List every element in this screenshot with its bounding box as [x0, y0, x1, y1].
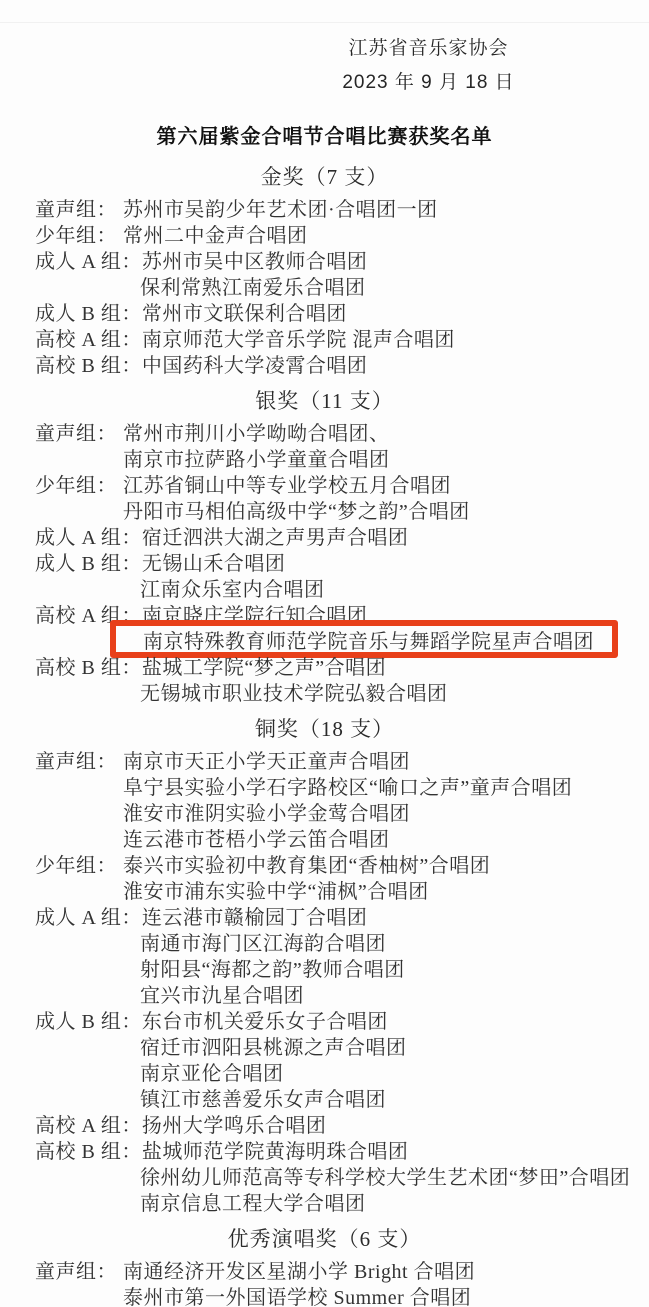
award-row: 少年组：常州二中金声合唱团 [0, 220, 649, 246]
group-label: 高校 A 组： [35, 1109, 142, 1138]
award-row: 童声组：苏州市吴韵少年艺术团·合唱团一团 [0, 194, 649, 220]
group-label: 成人 B 组： [35, 547, 142, 576]
award-row: 成人 A 组：宿迁泗洪大湖之声男声合唱团 [0, 522, 649, 548]
award-row: 成人 B 组：无锡山禾合唱团 [0, 548, 649, 574]
group-label: 成人 A 组： [35, 245, 142, 274]
award-row: 丹阳市马相伯高级中学“梦之韵”合唱团 [0, 496, 649, 522]
team-name: 丹阳市马相伯高级中学“梦之韵”合唱团 [123, 495, 470, 524]
document-page: 江苏省音乐家协会 2023 年 9 月 18 日 第六届紫金合唱节合唱比赛获奖名… [0, 0, 649, 1307]
award-row: 高校 B 组：盐城工学院“梦之声”合唱团 [0, 652, 649, 678]
team-name: 无锡山禾合唱团 [142, 547, 286, 576]
signature-block: 江苏省音乐家协会 2023 年 9 月 18 日 [208, 36, 649, 96]
organization-name: 江苏省音乐家协会 [208, 36, 649, 62]
team-name: 宿迁市泗阳县桃源之声合唱团 [140, 1031, 407, 1060]
team-name: 南京市拉萨路小学童童合唱团 [123, 443, 390, 472]
team-name: 南京信息工程大学合唱团 [140, 1187, 366, 1216]
award-row: 徐州幼儿师范高等专科学校大学生艺术团“梦田”合唱团 [0, 1162, 649, 1188]
group-label: 成人 B 组： [35, 1005, 142, 1034]
award-row: 少年组：江苏省铜山中等专业学校五月合唱团 [0, 470, 649, 496]
award-row: 阜宁县实验小学石字路校区“喻口之声”童声合唱团 [0, 772, 649, 798]
section-heading: 优秀演唱奖（6 支） [0, 1226, 649, 1252]
award-row: 童声组：南京市天正小学天正童声合唱团 [0, 746, 649, 772]
team-name: 徐州幼儿师范高等专科学校大学生艺术团“梦田”合唱团 [140, 1161, 630, 1190]
group-label: 童声组： [35, 745, 123, 774]
award-row: 成人 A 组：苏州市吴中区教师合唱团 [0, 246, 649, 272]
team-name: 扬州大学鸣乐合唱团 [142, 1109, 327, 1138]
team-name: 东台市机关爱乐女子合唱团 [142, 1005, 388, 1034]
section-heading: 银奖（11 支） [0, 388, 649, 414]
group-label: 高校 B 组： [35, 1135, 142, 1164]
award-row: 射阳县“海都之韵”教师合唱团 [0, 954, 649, 980]
award-row: 南京亚伦合唱团 [0, 1058, 649, 1084]
team-name: 苏州市吴韵少年艺术团·合唱团一团 [123, 193, 438, 222]
award-row: 南京信息工程大学合唱团 [0, 1188, 649, 1214]
award-row: 成人 B 组：常州市文联保利合唱团 [0, 298, 649, 324]
team-name: 淮安市淮阴实验小学金莺合唱团 [123, 797, 410, 826]
team-name: 盐城师范学院黄海明珠合唱团 [142, 1135, 409, 1164]
award-row: 童声组：常州市荆川小学呦呦合唱团、 [0, 418, 649, 444]
award-row: 保利常熟江南爱乐合唱团 [0, 272, 649, 298]
group-label: 成人 A 组： [35, 901, 142, 930]
team-name: 南京亚伦合唱团 [140, 1057, 284, 1086]
award-row: 高校 B 组：盐城师范学院黄海明珠合唱团 [0, 1136, 649, 1162]
award-row: 连云港市苍梧小学云笛合唱团 [0, 824, 649, 850]
team-name: 南京特殊教育师范学院音乐与舞蹈学院星声合唱团 [143, 625, 594, 654]
team-name: 连云港市赣榆园丁合唱团 [142, 901, 368, 930]
team-name: 镇江市慈善爱乐女声合唱团 [140, 1083, 386, 1112]
team-name: 江南众乐室内合唱团 [140, 573, 325, 602]
group-label: 少年组： [35, 219, 123, 248]
award-row: 童声组：南通经济开发区星湖小学 Bright 合唱团 [0, 1256, 649, 1282]
document-body: 金奖（7 支）童声组：苏州市吴韵少年艺术团·合唱团一团少年组：常州二中金声合唱团… [0, 164, 649, 1307]
scan-edge-line [0, 22, 649, 23]
team-name: 盐城工学院“梦之声”合唱团 [142, 651, 386, 680]
award-row: 镇江市慈善爱乐女声合唱团 [0, 1084, 649, 1110]
award-row: 高校 B 组：中国药科大学凌霄合唱团 [0, 350, 649, 376]
team-name: 连云港市苍梧小学云笛合唱团 [123, 823, 390, 852]
team-name: 阜宁县实验小学石字路校区“喻口之声”童声合唱团 [123, 771, 572, 800]
award-row: 南通市海门区江海韵合唱团 [0, 928, 649, 954]
team-name: 常州市文联保利合唱团 [142, 297, 347, 326]
group-label: 少年组： [35, 469, 123, 498]
team-name: 宜兴市氿星合唱团 [140, 979, 304, 1008]
team-name: 南通市海门区江海韵合唱团 [140, 927, 386, 956]
award-row: 成人 B 组：东台市机关爱乐女子合唱团 [0, 1006, 649, 1032]
team-name: 南京晓庄学院行知合唱团 [142, 599, 368, 628]
page-title: 第六届紫金合唱节合唱比赛获奖名单 [0, 122, 649, 152]
award-row: 江南众乐室内合唱团 [0, 574, 649, 600]
award-row: 淮安市淮阴实验小学金莺合唱团 [0, 798, 649, 824]
group-label: 成人 A 组： [35, 521, 142, 550]
team-name: 无锡城市职业技术学院弘毅合唱团 [140, 677, 448, 706]
team-name: 常州市荆川小学呦呦合唱团、 [123, 417, 390, 446]
team-name: 泰州市第一外国语学校 Summer 合唱团 [123, 1281, 471, 1307]
award-row: 无锡城市职业技术学院弘毅合唱团 [0, 678, 649, 704]
award-row: 淮安市浦东实验中学“浦枫”合唱团 [0, 876, 649, 902]
award-row: 泰州市第一外国语学校 Summer 合唱团 [0, 1282, 649, 1307]
group-label: 童声组： [35, 1255, 123, 1284]
award-row: 宿迁市泗阳县桃源之声合唱团 [0, 1032, 649, 1058]
group-label: 成人 B 组： [35, 297, 142, 326]
group-label: 高校 B 组： [35, 651, 142, 680]
award-row: 高校 A 组：扬州大学鸣乐合唱团 [0, 1110, 649, 1136]
award-row: 高校 A 组：南京师范大学音乐学院 混声合唱团 [0, 324, 649, 350]
document-date: 2023 年 9 月 18 日 [208, 70, 649, 96]
team-name: 保利常熟江南爱乐合唱团 [140, 271, 366, 300]
award-row: 高校 A 组：南京晓庄学院行知合唱团 [0, 600, 649, 626]
award-row: 南京市拉萨路小学童童合唱团 [0, 444, 649, 470]
award-row: 南京特殊教育师范学院音乐与舞蹈学院星声合唱团 [0, 626, 649, 652]
section-heading: 金奖（7 支） [0, 164, 649, 190]
group-label: 少年组： [35, 849, 123, 878]
team-name: 宿迁泗洪大湖之声男声合唱团 [142, 521, 409, 550]
team-name: 中国药科大学凌霄合唱团 [142, 349, 368, 378]
team-name: 淮安市浦东实验中学“浦枫”合唱团 [123, 875, 429, 904]
section-heading: 铜奖（18 支） [0, 716, 649, 742]
team-name: 泰兴市实验初中教育集团“香柚树”合唱团 [123, 849, 490, 878]
group-label: 高校 A 组： [35, 599, 142, 628]
team-name: 南京市天正小学天正童声合唱团 [123, 745, 410, 774]
group-label: 高校 B 组： [35, 349, 142, 378]
group-label: 童声组： [35, 193, 123, 222]
team-name: 射阳县“海都之韵”教师合唱团 [140, 953, 405, 982]
award-row: 少年组：泰兴市实验初中教育集团“香柚树”合唱团 [0, 850, 649, 876]
award-row: 成人 A 组：连云港市赣榆园丁合唱团 [0, 902, 649, 928]
team-name: 苏州市吴中区教师合唱团 [142, 245, 368, 274]
team-name: 南京师范大学音乐学院 混声合唱团 [142, 323, 455, 352]
award-row: 宜兴市氿星合唱团 [0, 980, 649, 1006]
group-label: 高校 A 组： [35, 323, 142, 352]
team-name: 南通经济开发区星湖小学 Bright 合唱团 [123, 1255, 475, 1284]
team-name: 常州二中金声合唱团 [123, 219, 308, 248]
group-label: 童声组： [35, 417, 123, 446]
team-name: 江苏省铜山中等专业学校五月合唱团 [123, 469, 451, 498]
